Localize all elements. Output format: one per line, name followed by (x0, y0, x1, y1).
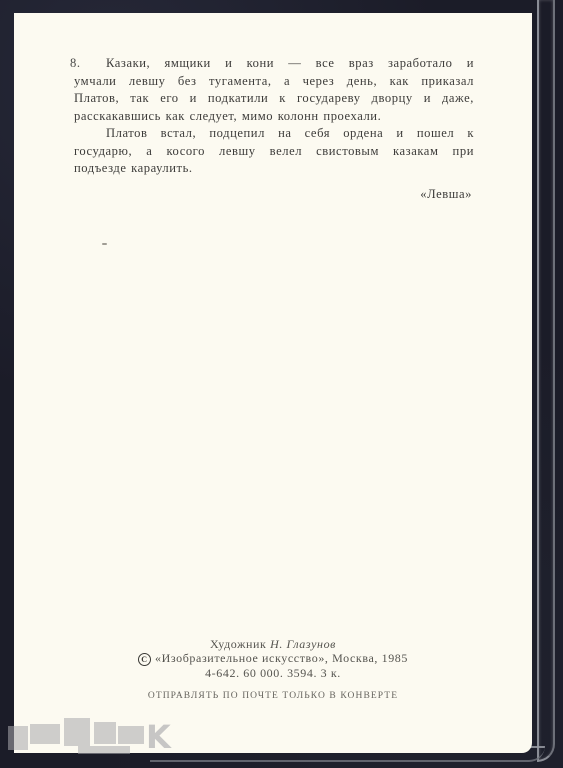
artist-label: Художник (210, 637, 266, 651)
watermark-text: K (146, 720, 171, 754)
copyright-icon: C (138, 653, 151, 666)
card-number: 8. (70, 55, 81, 73)
text-line: Казаки, ямщики и кони — все враз заработ… (74, 55, 474, 73)
artist-credit: Художник Н. Глазунов (14, 637, 532, 651)
text-line: подъезде караулить. (74, 160, 474, 178)
text-line: расскакавшись как следует, мимо колонн п… (74, 108, 474, 126)
paragraph-1: Казаки, ямщики и кони — все враз заработ… (74, 55, 474, 125)
print-info: 4-642. 60 000. 3594. 3 к. (14, 666, 532, 680)
paper-speck (102, 243, 107, 245)
quotation-text-block: 8. Казаки, ямщики и кони — все враз зара… (74, 55, 474, 203)
mailing-note: ОТПРАВЛЯТЬ ПО ПОЧТЕ ТОЛЬКО В КОНВЕРТЕ (14, 689, 532, 703)
text-line: Платов встал, подцепил на себя ордена и … (74, 125, 474, 143)
source-title: «Левша» (74, 186, 474, 204)
artist-name: Н. Глазунов (270, 637, 336, 651)
paragraph-2: Платов встал, подцепил на себя ордена и … (74, 125, 474, 178)
text-line: Платов, так его и подкатили к государеву… (74, 90, 474, 108)
publisher-credits: Художник Н. Глазунов C«Изобразительное и… (14, 637, 532, 703)
watermark-logo-icon: K (8, 718, 178, 754)
protective-sleeve-edge (537, 0, 555, 762)
publisher-line: C«Изобразительное искусство», Москва, 19… (14, 651, 532, 666)
postcard-back: 8. Казаки, ямщики и кони — все враз зара… (14, 13, 532, 753)
text-line: умчали левшу без тугамента, а через день… (74, 73, 474, 91)
text-line: государю, а косого левшу велел свистовым… (74, 143, 474, 161)
publisher-text: «Изобразительное искусство», Москва, 198… (155, 651, 408, 665)
